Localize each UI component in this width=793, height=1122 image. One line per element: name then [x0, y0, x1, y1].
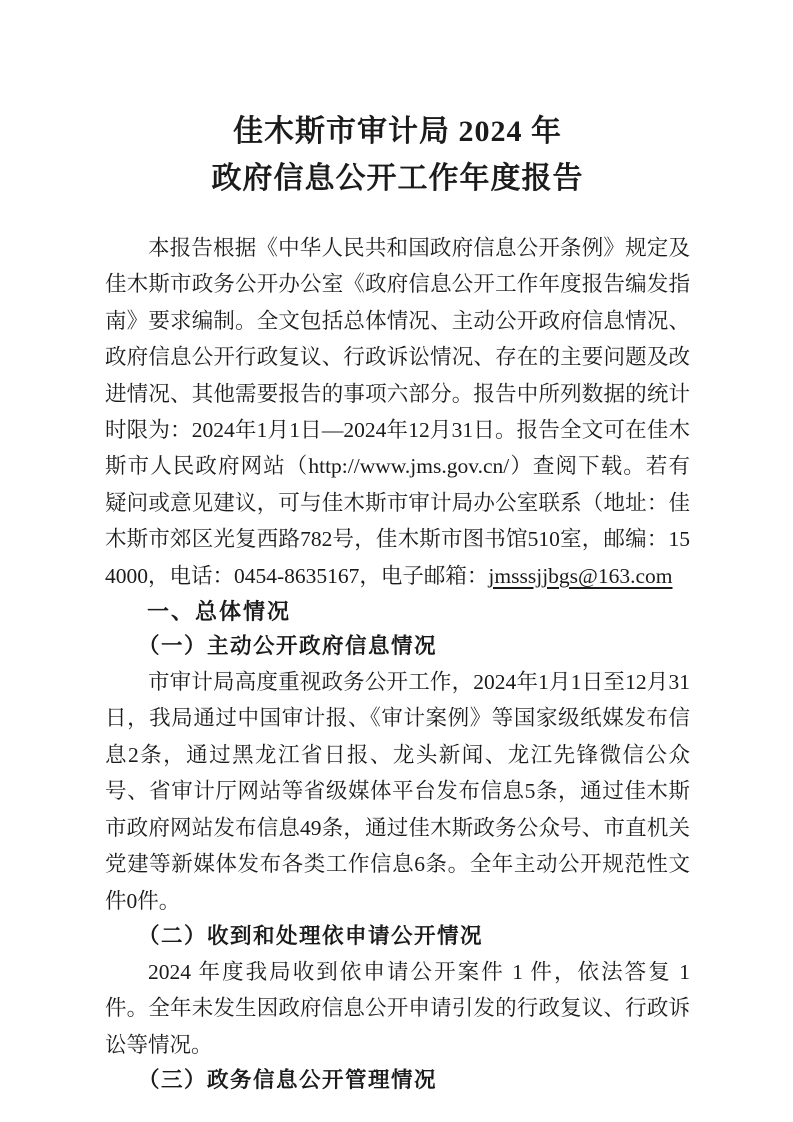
intro-text: 本报告根据《中华人民共和国政府信息公开条例》规定及佳木斯市政务公开办公室《政府信… [105, 236, 690, 588]
email-link[interactable]: jmsssjjbgs@163.com [488, 564, 672, 588]
section-heading-overview: 一、总体情况 [105, 594, 690, 629]
subsection-heading-disclosure-management: （三）政务信息公开管理情况 [105, 1063, 690, 1098]
title-line-1: 佳木斯市审计局 2024 年 [105, 108, 690, 155]
paragraph-disclosure-requests: 2024 年度我局收到依申请公开案件 1 件，依法答复 1 件。全年未发生因政府… [105, 954, 690, 1063]
paragraph-proactive-disclosure: 市审计局高度重视政务公开工作，2024年1月1日至12月31日，我局通过中国审计… [105, 664, 690, 919]
subsection-heading-proactive-disclosure: （一）主动公开政府信息情况 [105, 629, 690, 664]
subsection-heading-disclosure-requests: （二）收到和处理依申请公开情况 [105, 919, 690, 954]
document-title: 佳木斯市审计局 2024 年 政府信息公开工作年度报告 [105, 108, 690, 202]
title-line-2: 政府信息公开工作年度报告 [105, 155, 690, 202]
intro-paragraph: 本报告根据《中华人民共和国政府信息公开条例》规定及佳木斯市政务公开办公室《政府信… [105, 230, 690, 594]
document-page: 佳木斯市审计局 2024 年 政府信息公开工作年度报告 本报告根据《中华人民共和… [0, 0, 793, 1122]
